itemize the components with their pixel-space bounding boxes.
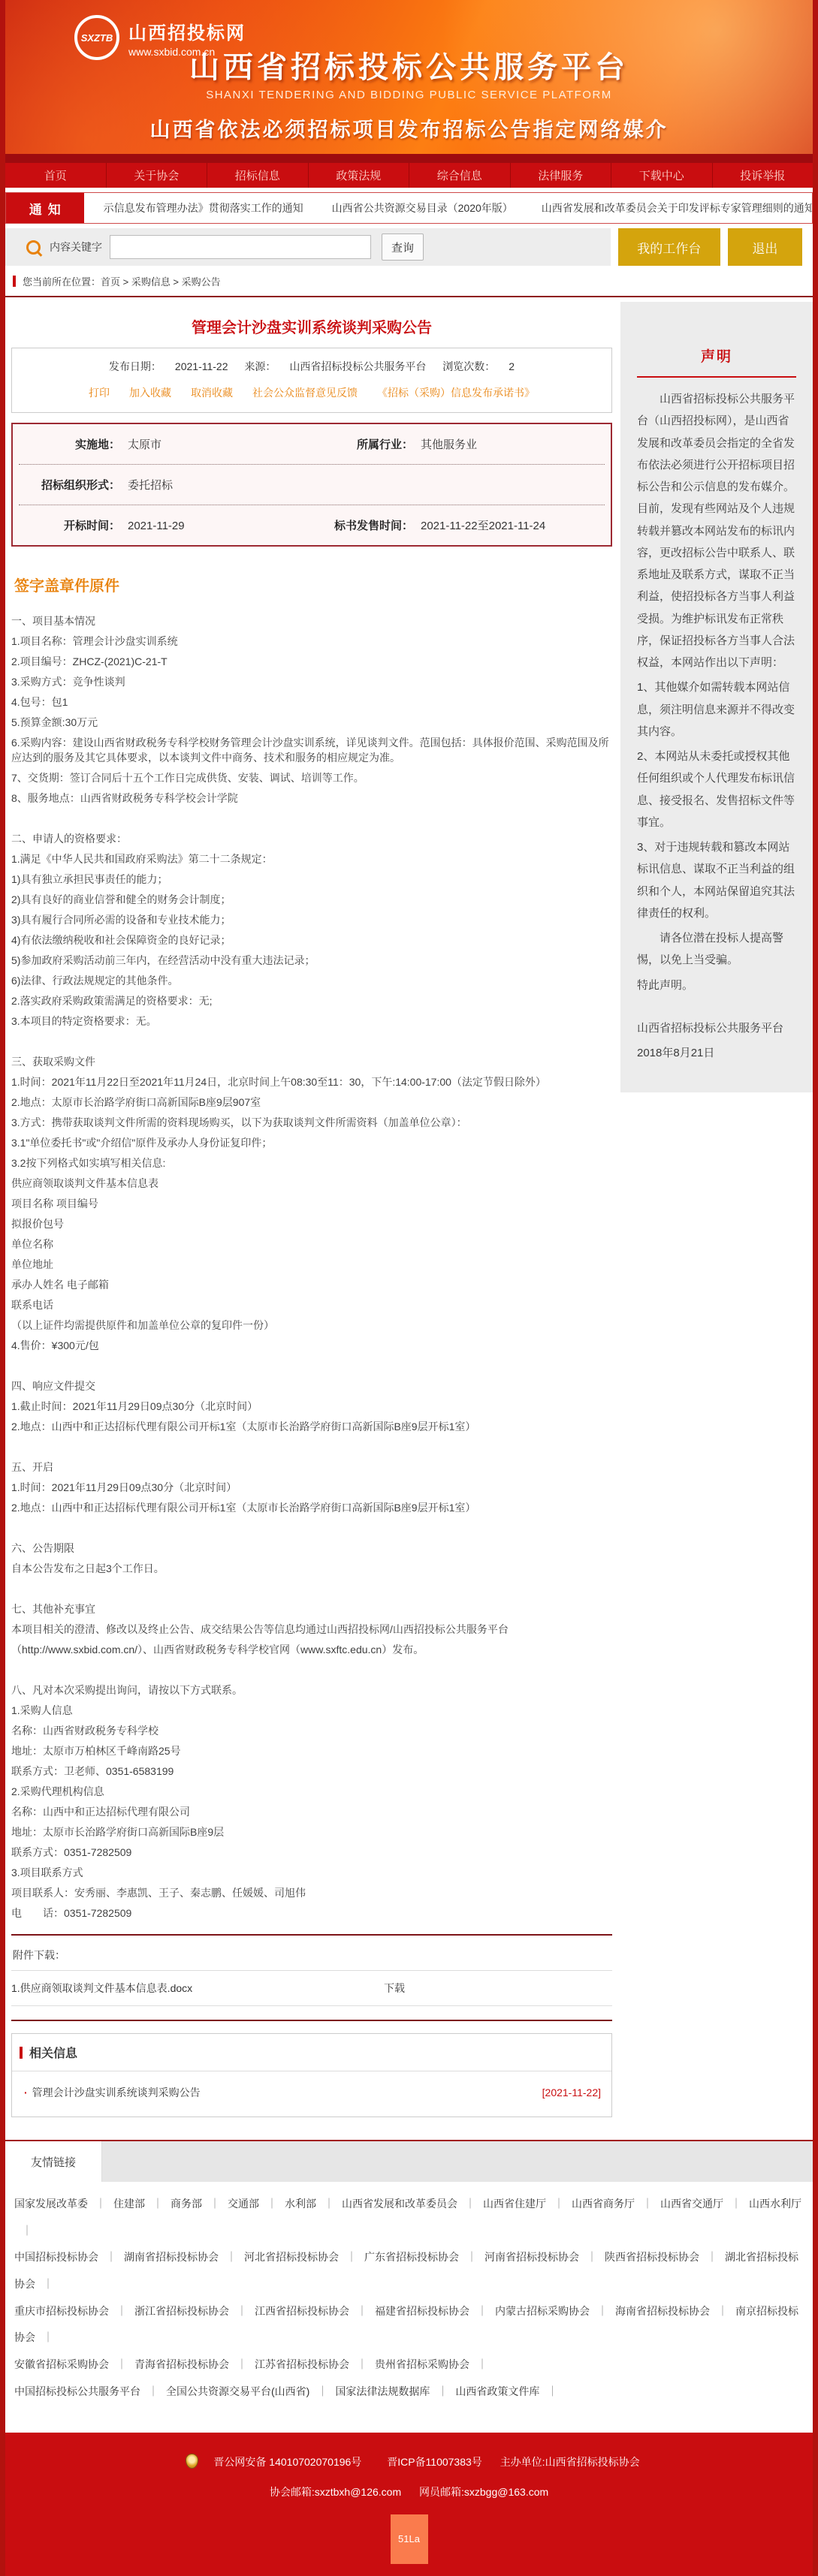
- link-separator: ｜: [237, 2305, 247, 2317]
- declaration-paragraph: 2、本网站从未委托或授权其他任何组织或个人代理发布标讯信息、接受报名、发售招标文…: [637, 746, 796, 833]
- friend-link[interactable]: 山西省政策文件库: [455, 2385, 539, 2397]
- info-cell: 实施地：太原市: [19, 436, 312, 452]
- friend-links-row: 重庆市招标投标协会｜浙江省招标投标协会｜江西省招标投标协会｜福建省招标投标协会｜…: [14, 2298, 804, 2352]
- content-divider: [11, 1934, 612, 1936]
- link-separator: ｜: [116, 2305, 127, 2317]
- logout-button[interactable]: 退出: [728, 228, 802, 266]
- article-paragraph: 自本公告发布之日起3个工作日。: [11, 1561, 612, 1576]
- article-paragraph: 1.截止时间：2021年11月29日09点30分（北京时间）: [11, 1399, 612, 1414]
- article-paragraph: 2.地点：山西中和正达招标代理有限公司开标1室（太原市长治路学府街口高新国际B座…: [11, 1500, 612, 1515]
- link-separator: ｜: [465, 2198, 475, 2210]
- top-divider: [5, 154, 813, 163]
- icp-record: 晋ICP备11007383号: [387, 2456, 482, 2468]
- article-paragraph: 四、响应文件提交: [11, 1378, 612, 1393]
- article-paragraph: 项目名称 项目编号: [11, 1196, 612, 1211]
- friend-link[interactable]: 中国招标投标公共服务平台: [14, 2385, 140, 2397]
- article-paragraph: 7、交货期：签订合同后十五个工作日完成供货、安装、调试、培训等工作。: [11, 770, 612, 785]
- link-separator: ｜: [437, 2385, 448, 2397]
- declaration-title: 声明: [637, 345, 796, 378]
- tab-friend-links[interactable]: 友情链接: [5, 2141, 102, 2182]
- info-label: 开标时间：: [19, 517, 120, 533]
- article-paragraph: 六、公告期限: [11, 1541, 612, 1556]
- info-label: 实施地：: [19, 436, 120, 452]
- declaration-paragraph: 3、对于违规转载和篡改本网站标讯信息、谋取不正当利益的组织和个人，本网站保留追究…: [637, 836, 796, 924]
- article-paragraph: 1.项目名称：管理会计沙盘实训系统: [11, 634, 612, 649]
- friend-links-row: 国家发展改革委｜住建部｜商务部｜交通部｜水利部｜山西省发展和改革委员会｜山西省住…: [14, 2191, 804, 2244]
- article-paragraph: 1.时间：2021年11月22日至2021年11月24日，北京时间上午08:30…: [11, 1074, 612, 1089]
- friend-link[interactable]: 贵州省招标采购协会: [375, 2358, 469, 2370]
- nav-item[interactable]: 招标信息: [207, 163, 308, 188]
- link-separator: ｜: [267, 2198, 277, 2210]
- search-box: 内容关键字 查询: [5, 228, 611, 266]
- search-label: 内容关键字: [50, 240, 102, 255]
- info-label: 所属行业：: [312, 436, 413, 452]
- link-separator: ｜: [324, 2198, 334, 2210]
- views-value: 2: [509, 360, 515, 372]
- article-paragraph: [11, 1358, 612, 1373]
- source-value: 山西省招标投标公共服务平台: [289, 360, 426, 372]
- logo-icon: SXZTB: [74, 15, 119, 60]
- info-value: 其他服务业: [421, 438, 477, 451]
- friend-link[interactable]: 江西省招标投标协会: [255, 2305, 349, 2317]
- main-area: 管理会计沙盘实训系统谈判采购公告 发布日期：2021-11-22 来源：山西省招…: [5, 297, 813, 2117]
- search-icon: [26, 240, 41, 255]
- article-paragraph: [11, 1439, 612, 1454]
- action-link[interactable]: 打印: [89, 385, 110, 400]
- article-paragraph: 七、其他补充事宜: [11, 1601, 612, 1616]
- article-paragraph: 单位地址: [11, 1257, 612, 1272]
- footer-registration-line: 晋公网安备 14010702070196号 晋ICP备11007383号 主办单…: [5, 2454, 813, 2469]
- friend-link[interactable]: 山西省交通厅: [660, 2198, 723, 2210]
- info-cell: 标书发售时间：2021-11-22至2021-11-24: [312, 517, 605, 533]
- section-heading: 签字盖章件原件: [14, 574, 612, 595]
- association-email: 协会邮箱:sxztbxh@126.com: [270, 2486, 401, 2498]
- article-paragraph: 5)参加政府采购活动前三年内，在经营活动中没有重大违法记录；: [11, 953, 612, 968]
- article-paragraph: 单位名称: [11, 1237, 612, 1252]
- download-link[interactable]: 下载: [384, 1981, 405, 1996]
- link-separator: ｜: [477, 2305, 487, 2317]
- article-paragraph: 3.本项目的特定资格要求：无。: [11, 1014, 612, 1029]
- info-value: 委托招标: [128, 479, 173, 492]
- action-link[interactable]: 社会公众监督意见反馈: [252, 385, 358, 400]
- friend-link[interactable]: 水利部: [285, 2198, 316, 2210]
- article-paragraph: 名称：山西中和正达招标代理有限公司: [11, 1804, 612, 1819]
- article-paragraph: [11, 811, 612, 826]
- friend-link[interactable]: 中国招标投标协会: [14, 2251, 98, 2263]
- attachment-file[interactable]: 1.供应商领取谈判文件基本信息表.docx: [11, 1981, 384, 1996]
- declaration-body: 山西省招标投标公共服务平台（山西招投标网），是山西省发展和改革委员会指定的全省发…: [637, 388, 796, 1064]
- article-paragraph: 8、服务地点：山西省财政税务专科学校会计学院: [11, 791, 612, 806]
- security-record-text: 晋公网安备 14010702070196号: [213, 2456, 361, 2468]
- article-paragraph: 4)有依法缴纳税收和社会保障资金的良好记录；: [11, 932, 612, 948]
- article-paragraph: 4.包号：包1: [11, 694, 612, 710]
- link-separator: ｜: [642, 2198, 653, 2210]
- article-paragraph: [11, 1034, 612, 1049]
- article-paragraph: 1)具有独立承担民事责任的能力；: [11, 872, 612, 887]
- friend-link[interactable]: 商务部: [171, 2198, 202, 2210]
- info-cell: 招标组织形式：委托招标: [19, 477, 312, 493]
- link-separator: ｜: [43, 2331, 53, 2343]
- attachment-label: 附件下载：: [13, 1948, 612, 1963]
- declaration-paragraph: 特此声明。: [637, 975, 796, 996]
- article-paragraph: 联系方式：0351-7282509: [11, 1845, 612, 1860]
- article-paragraph: 五、开启: [11, 1460, 612, 1475]
- publish-date: 2021-11-22: [175, 360, 228, 372]
- friend-link[interactable]: 河南省招标投标协会: [484, 2251, 579, 2263]
- query-button[interactable]: 查询: [382, 233, 424, 261]
- link-separator: ｜: [116, 2358, 127, 2370]
- friend-link[interactable]: 国家法律法规数据库: [335, 2385, 430, 2397]
- article-paragraph: 电 话：0351-7282509: [11, 1906, 612, 1921]
- declaration-paragraph: 请各位潜在投标人提高警惕，以免上当受骗。: [637, 927, 796, 972]
- link-separator: ｜: [95, 2198, 106, 2210]
- link-separator: ｜: [597, 2305, 608, 2317]
- info-value: 太原市: [128, 438, 161, 451]
- main-nav: 首页关于协会招标信息政策法规综合信息法律服务下载中心投诉举报: [5, 163, 813, 188]
- friend-link[interactable]: 内蒙古招标采购协会: [495, 2305, 590, 2317]
- link-separator: ｜: [148, 2385, 158, 2397]
- article-paragraph: 联系电话: [11, 1297, 612, 1312]
- article-paragraph: 项目联系人：安秀丽、李惠凯、王子、秦志鹏、任媛媛、司旭伟: [11, 1885, 612, 1900]
- info-cell: 所属行业：其他服务业: [312, 436, 605, 452]
- notice-link[interactable]: 山西省公共资源交易目录（2020年版）: [332, 200, 513, 215]
- link-separator: ｜: [466, 2251, 477, 2263]
- friend-links-row: 中国招标投标协会｜湖南省招标投标协会｜河北省招标投标协会｜广东省招标投标协会｜河…: [14, 2244, 804, 2297]
- link-separator: ｜: [346, 2251, 357, 2263]
- info-row: 招标组织形式：委托招标: [19, 464, 605, 505]
- article-paragraph: 地址：太原市长治路学府街口高新国际B座9层: [11, 1824, 612, 1839]
- related-item: 管理会计沙盘实训系统谈判采购公告 [2021-11-22]: [12, 2071, 611, 2117]
- page-footer: 晋公网安备 14010702070196号 晋ICP备11007383号 主办单…: [5, 2433, 813, 2576]
- article-paragraph: 2.采购代理机构信息: [11, 1784, 612, 1799]
- link-separator: ｜: [357, 2305, 367, 2317]
- meta-line: 发布日期：2021-11-22 来源：山西省招标投标公共服务平台 浏览次数：2: [12, 359, 611, 374]
- info-value: 2021-11-22至2021-11-24: [421, 520, 545, 532]
- notice-items: 示信息发布管理办法》贯彻落实工作的通知山西省公共资源交易目录（2020年版）山西…: [84, 193, 812, 223]
- publish-label: 发布日期：: [109, 360, 161, 372]
- friend-link[interactable]: 湖南省招标投标协会: [124, 2251, 219, 2263]
- info-value: 2021-11-29: [128, 520, 185, 532]
- security-record: 晋公网安备 14010702070196号: [178, 2456, 369, 2468]
- related-info-box: 相关信息 管理会计沙盘实训系统谈判采购公告 [2021-11-22]: [11, 2033, 612, 2117]
- search-row: 内容关键字 查询 我的工作台 退出: [5, 228, 813, 266]
- article-paragraph: 拟报价包号: [11, 1216, 612, 1231]
- article-paragraph: 二、申请人的资格要求：: [11, 831, 612, 846]
- meta-box: 发布日期：2021-11-22 来源：山西省招标投标公共服务平台 浏览次数：2 …: [11, 348, 612, 413]
- article-paragraph: 1.时间：2021年11月29日09点30分（北京时间）: [11, 1480, 612, 1495]
- nav-item[interactable]: 综合信息: [409, 163, 510, 188]
- article-paragraph: [11, 1662, 612, 1677]
- friend-links-row: 安徽省招标采购协会｜青海省招标投标协会｜江苏省招标投标协会｜贵州省招标采购协会｜: [14, 2352, 804, 2379]
- site-subtitle: SHANXI TENDERING AND BIDDING PUBLIC SERV…: [5, 89, 813, 101]
- info-row: 开标时间：2021-11-29 标书发售时间：2021-11-22至2021-1…: [19, 505, 605, 545]
- nav-item[interactable]: 关于协会: [106, 163, 207, 188]
- article-paragraph: 3.方式：携带获取谈判文件所需的资料现场购买，以下为获取谈判文件所需资料（加盖单…: [11, 1115, 612, 1130]
- link-separator: ｜: [587, 2251, 597, 2263]
- nav-item[interactable]: 法律服务: [510, 163, 611, 188]
- friend-link[interactable]: 山西省住建厅: [483, 2198, 546, 2210]
- link-separator: ｜: [226, 2251, 237, 2263]
- info-label: 招标组织形式：: [19, 477, 120, 493]
- related-item-link[interactable]: 管理会计沙盘实训系统谈判采购公告: [24, 2085, 201, 2100]
- nav-item[interactable]: 首页: [5, 163, 106, 188]
- site-banner: SXZTB 山西招投标网 www.sxbid.com.cn 山西省招标投标公共服…: [5, 0, 813, 154]
- article-paragraph: 承办人姓名 电子邮箱: [11, 1277, 612, 1292]
- breadcrumb-bar: [13, 276, 16, 287]
- article-paragraph: 八、凡对本次采购提出询问，请按以下方式联系。: [11, 1683, 612, 1698]
- breadcrumb-text: 您当前所在位置：首页 > 采购信息 > 采购公告: [23, 274, 221, 288]
- nav-item[interactable]: 下载中心: [611, 163, 712, 188]
- article-paragraph: [11, 1581, 612, 1596]
- workbench-button[interactable]: 我的工作台: [618, 228, 720, 266]
- article-paragraph: 2.落实政府采购政策需满足的资格要求：无;: [11, 993, 612, 1008]
- article-paragraph: 4.售价：¥300元/包: [11, 1338, 612, 1353]
- site-logo[interactable]: SXZTB 山西招投标网 www.sxbid.com.cn: [74, 15, 246, 60]
- article-paragraph: 三、获取采购文件: [11, 1054, 612, 1069]
- friend-link[interactable]: 山西水利厅: [749, 2198, 801, 2210]
- friend-link[interactable]: 河北省招标投标协会: [244, 2251, 339, 2263]
- footer-contact-line: 协会邮箱:sxztbxh@126.com 网员邮箱:sxzbgg@163.com: [5, 2484, 813, 2499]
- declaration-paragraph: 2018年8月21日: [637, 1042, 796, 1064]
- action-links: 打印加入收藏取消收藏社会公众监督意见反馈《招标（采购）信息发布承诺书》: [12, 385, 611, 400]
- page: SXZTB 山西招投标网 www.sxbid.com.cn 山西省招标投标公共服…: [0, 0, 818, 2576]
- friend-link[interactable]: 浙江省招标投标协会: [134, 2305, 229, 2317]
- friend-link[interactable]: 海南省招标投标协会: [615, 2305, 710, 2317]
- related-header: 相关信息: [12, 2034, 611, 2071]
- link-separator: ｜: [731, 2198, 741, 2210]
- page-title: 管理会计沙盘实训系统谈判采购公告: [11, 315, 612, 337]
- host-unit: 主办单位:山西省招标投标协会: [500, 2456, 640, 2468]
- info-cell: 开标时间：2021-11-29: [19, 517, 312, 533]
- article-paragraph: 供应商领取谈判文件基本信息表: [11, 1176, 612, 1191]
- article-paragraph: （以上证件均需提供原件和加盖单位公章的复印件一份）: [11, 1318, 612, 1333]
- friend-link[interactable]: 交通部: [228, 2198, 259, 2210]
- info-row: 实施地：太原市 所属行业：其他服务业: [19, 424, 605, 464]
- friend-links: 国家发展改革委｜住建部｜商务部｜交通部｜水利部｜山西省发展和改革委员会｜山西省住…: [5, 2182, 813, 2425]
- article-paragraph: 2)具有良好的商业信誉和健全的财务会计制度；: [11, 892, 612, 907]
- nav-item[interactable]: 投诉举报: [712, 163, 813, 188]
- friend-link[interactable]: 全国公共资源交易平台(山西省): [166, 2385, 309, 2397]
- logo-url: www.sxbid.com.cn: [128, 46, 246, 58]
- article-paragraph: （http://www.sxbid.com.cn/）、山西省财政税务专科学校官网…: [11, 1642, 612, 1657]
- link-separator: ｜: [547, 2385, 557, 2397]
- breadcrumb: 您当前所在位置：首页 > 采购信息 > 采购公告: [5, 266, 813, 296]
- related-item-date: [2021-11-22]: [542, 2086, 601, 2098]
- content-divider: [11, 2020, 612, 2021]
- link-separator: ｜: [477, 2358, 487, 2370]
- friend-link[interactable]: 广东省招标投标协会: [364, 2251, 459, 2263]
- friend-link[interactable]: 福建省招标投标协会: [375, 2305, 469, 2317]
- police-badge-icon: [186, 2454, 198, 2469]
- article-paragraph: 6)法律、行政法规规定的其他条件。: [11, 973, 612, 988]
- article-paragraph: [11, 1520, 612, 1535]
- article-paragraph: 3)具有履行合同所必需的设备和专业技术能力；: [11, 912, 612, 927]
- article-paragraph: 3.采购方式：竞争性谈判: [11, 674, 612, 689]
- article-paragraph: 联系方式：卫老师、0351-6583199: [11, 1764, 612, 1779]
- action-link[interactable]: 取消收藏: [191, 385, 233, 400]
- link-separator: ｜: [210, 2198, 220, 2210]
- friend-link[interactable]: 江苏省招标投标协会: [255, 2358, 349, 2370]
- article-paragraph: 3.项目联系方式: [11, 1865, 612, 1880]
- article-column: 管理会计沙盘实训系统谈判采购公告 发布日期：2021-11-22 来源：山西省招…: [11, 302, 612, 2117]
- nav-item[interactable]: 政策法规: [308, 163, 409, 188]
- logo-name: 山西招投标网: [128, 18, 246, 44]
- link-separator: ｜: [22, 2225, 32, 2237]
- search-input[interactable]: [110, 235, 371, 259]
- friend-link[interactable]: 重庆市招标投标协会: [14, 2305, 109, 2317]
- friend-link[interactable]: 山西省发展和改革委员会: [342, 2198, 457, 2210]
- site-slogan: 山西省依法必须招标项目发布招标公告指定网络媒介: [5, 113, 813, 143]
- friend-link[interactable]: 住建部: [113, 2198, 145, 2210]
- link-separator: ｜: [317, 2385, 328, 2397]
- related-header-bar: [20, 2047, 23, 2059]
- link-separator: ｜: [106, 2251, 116, 2263]
- article-paragraph: 1.采购人信息: [11, 1703, 612, 1718]
- notice-label: 通知: [6, 193, 84, 223]
- member-email: 网员邮箱:sxzbgg@163.com: [419, 2486, 548, 2498]
- article-paragraph: 5.预算金额:30万元: [11, 715, 612, 730]
- article-paragraph: 本项目相关的澄清、修改以及终止公告、成交结果公告等信息均通过山西招投标网/山西招…: [11, 1622, 612, 1637]
- article-paragraph: 地址：太原市万柏林区千峰南路25号: [11, 1743, 612, 1758]
- link-separator: ｜: [707, 2251, 717, 2263]
- action-link[interactable]: 《招标（采购）信息发布承诺书》: [377, 385, 535, 400]
- source-label: 来源：: [244, 360, 276, 372]
- article-paragraph: 2.地点：太原市长治路学府街口高新国际B座9层907室: [11, 1095, 612, 1110]
- notice-bar: 通知 示信息发布管理办法》贯彻落实工作的通知山西省公共资源交易目录（2020年版…: [5, 192, 813, 224]
- action-link[interactable]: 加入收藏: [129, 385, 171, 400]
- article-paragraph: 一、项目基本情况: [11, 613, 612, 628]
- notice-link[interactable]: 山西省发展和改革委员会关于印发评标专家管理细则的通知: [542, 200, 812, 215]
- link-separator: ｜: [43, 2278, 53, 2290]
- link-separator: ｜: [237, 2358, 247, 2370]
- friend-link[interactable]: 青海省招标投标协会: [134, 2358, 229, 2370]
- 51la-stats-badge[interactable]: 51La: [391, 2514, 428, 2564]
- friend-link[interactable]: 山西省商务厅: [572, 2198, 635, 2210]
- friend-link[interactable]: 陕西省招标投标协会: [605, 2251, 699, 2263]
- article-paragraph: 3.2按下列格式如实填写相关信息:: [11, 1155, 612, 1170]
- declaration-paragraph: 1、其他媒介如需转载本网站信息，须注明信息来源并不得改变其内容。: [637, 676, 796, 743]
- declaration-paragraph: 山西省招标投标公共服务平台: [637, 1017, 796, 1039]
- declaration-paragraph: 山西省招标投标公共服务平台（山西招投标网），是山西省发展和改革委员会指定的全省发…: [637, 388, 796, 673]
- article-paragraph: 名称：山西省财政税务专科学校: [11, 1723, 612, 1738]
- declaration-sidebar: 声明 山西省招标投标公共服务平台（山西招投标网），是山西省发展和改革委员会指定的…: [620, 302, 813, 1092]
- article-body: 一、项目基本情况1.项目名称：管理会计沙盘实训系统2.项目编号：ZHCZ-(20…: [11, 613, 612, 1921]
- friend-link[interactable]: 安徽省招标采购协会: [14, 2358, 109, 2370]
- link-separator: ｜: [152, 2198, 163, 2210]
- link-separator: ｜: [554, 2198, 564, 2210]
- notice-link[interactable]: 示信息发布管理办法》贯彻落实工作的通知: [104, 200, 303, 215]
- link-separator: ｜: [717, 2305, 728, 2317]
- link-separator: ｜: [357, 2358, 367, 2370]
- friend-links-row: 中国招标投标公共服务平台｜全国公共资源交易平台(山西省)｜国家法律法规数据库｜山…: [14, 2379, 804, 2406]
- views-label: 浏览次数：: [442, 360, 495, 372]
- project-info-box: 实施地：太原市 所属行业：其他服务业 招标组织形式：委托招标 开标时间：2021…: [11, 423, 612, 547]
- article-paragraph: 2.地点：山西中和正达招标代理有限公司开标1室（太原市长治路学府街口高新国际B座…: [11, 1419, 612, 1434]
- article-paragraph: 6.采购内容：建设山西省财政税务专科学校财务管理会计沙盘实训系统，详见谈判文件。…: [11, 735, 612, 765]
- attachment-row: 1.供应商领取谈判文件基本信息表.docx 下载: [11, 1970, 612, 2006]
- logo-abbr: SXZTB: [81, 32, 113, 44]
- article-paragraph: 3.1"单位委托书"或"介绍信"原件及承办人身份证复印件；: [11, 1135, 612, 1150]
- related-header-text: 相关信息: [29, 2044, 77, 2061]
- article-paragraph: 2.项目编号：ZHCZ-(2021)C-21-T: [11, 654, 612, 669]
- friend-links-tabbar: 友情链接: [5, 2141, 813, 2182]
- info-label: 标书发售时间：: [312, 517, 413, 533]
- article-paragraph: 1.满足《中华人民共和国政府采购法》第二十二条规定：: [11, 851, 612, 866]
- friend-link[interactable]: 国家发展改革委: [14, 2198, 88, 2210]
